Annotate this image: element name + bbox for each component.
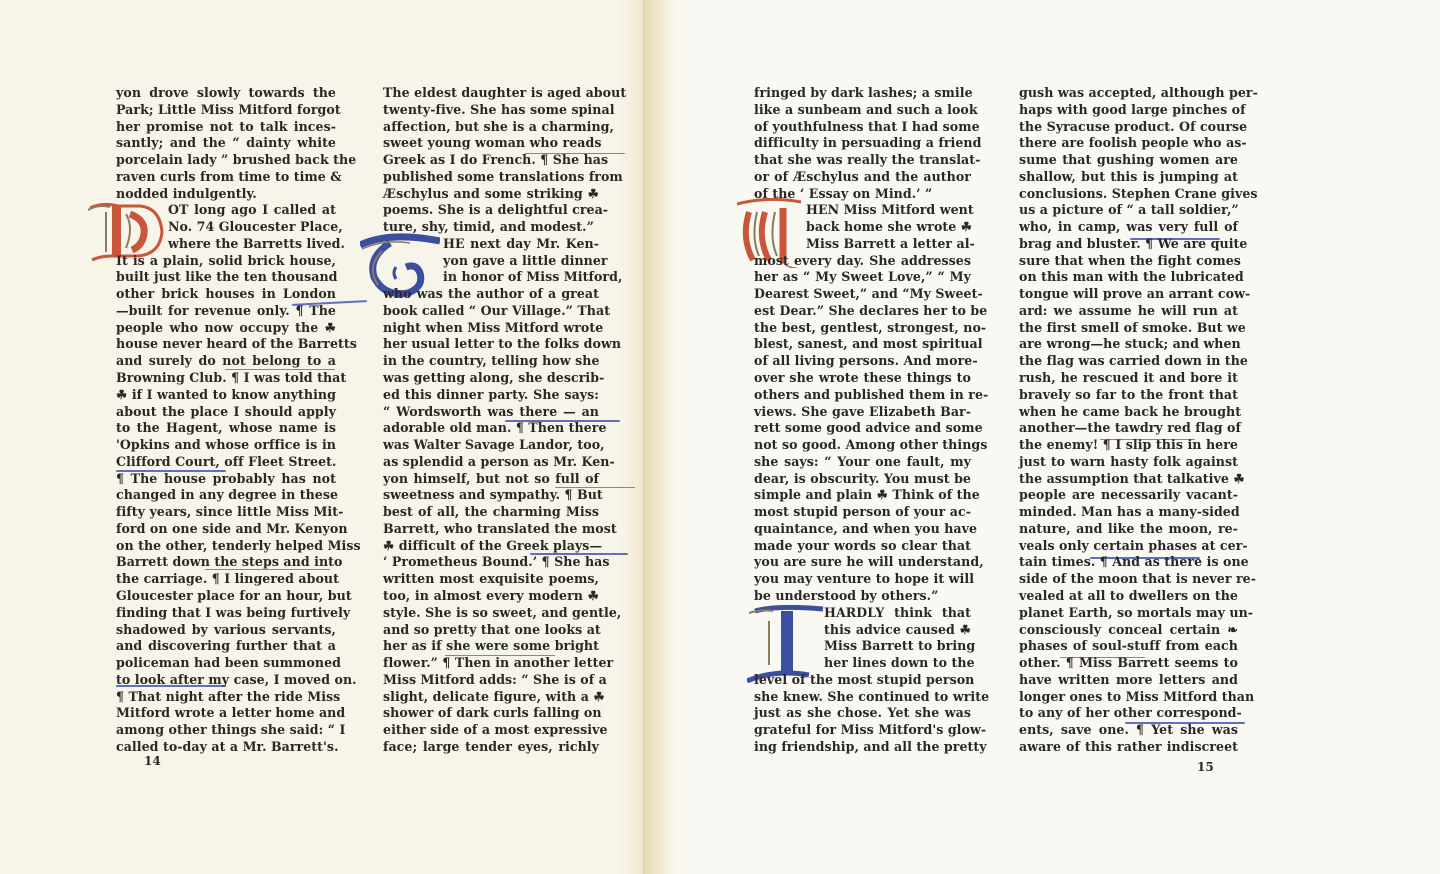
- page-number-right: 15: [1197, 760, 1214, 774]
- text-line: in honor of Miss Mitford,: [383, 269, 599, 286]
- text-line: and surely do not belong to a: [116, 353, 336, 370]
- text-line: rett some good advice and some: [754, 420, 971, 437]
- text-line: when he came back he brought: [1019, 404, 1238, 421]
- text-line: nature, and like the moon, re-: [1019, 521, 1238, 538]
- text-line: sweet young woman who reads: [383, 135, 599, 152]
- text-line: Clifford Court, off Fleet Street.: [116, 454, 336, 471]
- text-line: finding that I was being furtively: [116, 605, 336, 622]
- text-line: Park; Little Miss Mitford forgot: [116, 102, 336, 119]
- text-line: Greek as I do French. ¶ She has: [383, 152, 599, 169]
- text-line: other brick houses in London: [116, 286, 336, 303]
- text-line: slight, delicate figure, with a ☘: [383, 689, 599, 706]
- text-line: her lines down to the: [754, 655, 971, 672]
- text-line: policeman had been summoned: [116, 655, 336, 672]
- text-line: Barrett, who translated the most: [383, 521, 599, 538]
- text-line: the first smell of smoke. But we: [1019, 320, 1238, 337]
- text-line: ford on one side and Mr. Kenyon: [116, 521, 336, 538]
- text-line: who, in camp, was very full of: [1019, 219, 1238, 236]
- text-line: ☘ difficult of the Greek plays—: [383, 538, 599, 555]
- text-line: views. She gave Elizabeth Bar-: [754, 404, 971, 421]
- text-line: HARDLY think that: [754, 605, 971, 622]
- text-line: the Syracuse product. Of course: [1019, 119, 1238, 136]
- gutter-fade: [664, 0, 678, 874]
- text-line: was getting along, she describ-: [383, 370, 599, 387]
- text-line: Dearest Sweet,” and “My Sweet-: [754, 286, 971, 303]
- text-line: us a picture of “ a tall soldier,”: [1019, 202, 1238, 219]
- text-line: No. 74 Gloucester Place,: [116, 219, 336, 236]
- text-line: bravely so far to the front that: [1019, 387, 1238, 404]
- text-line: santly; and the “ dainty white: [116, 135, 336, 152]
- text-line: “ Wordsworth was there — an: [383, 404, 599, 421]
- text-line: yon himself, but not so full of: [383, 471, 599, 488]
- text-line: to look after my case, I moved on.: [116, 672, 336, 689]
- text-line: gush was accepted, although per-: [1019, 85, 1238, 102]
- text-line: est Dear.” She declares her to be: [754, 303, 971, 320]
- text-column-1: yon drove slowly towards the Park; Littl…: [116, 85, 336, 756]
- gutter-shadow: [620, 0, 644, 874]
- text-line: book called “ Our Village.” That: [383, 303, 599, 320]
- text-line: porcelain lady ” brushed back the: [116, 152, 336, 169]
- text-line: written most exquisite poems,: [383, 571, 599, 588]
- text-line: veals only certain phases at cer-: [1019, 538, 1238, 555]
- text-line: on the other, tenderly helped Miss: [116, 538, 336, 555]
- text-line: the carriage. ¶ I lingered about: [116, 571, 336, 588]
- text-line: raven curls from time to time &: [116, 169, 336, 186]
- text-line: there are foolish people who as-: [1019, 135, 1238, 152]
- text-line: published some translations from: [383, 169, 599, 186]
- text-line: back home she wrote ☘: [754, 219, 971, 236]
- text-line: this advice caused ☘: [754, 622, 971, 639]
- text-line: Browning Club. ¶ I was told that: [116, 370, 336, 387]
- text-line: Mitford wrote a letter home and: [116, 705, 336, 722]
- text-line: fringed by dark lashes; a smile: [754, 85, 971, 102]
- text-line: she knew. She continued to write: [754, 689, 971, 706]
- text-line: shadowed by various servants,: [116, 622, 336, 639]
- text-line: about the place I should apply: [116, 404, 336, 421]
- text-line: ¶ The house probably has not: [116, 471, 336, 488]
- text-line: made your words so clear that: [754, 538, 971, 555]
- text-line: ☘ if I wanted to know anything: [116, 387, 336, 404]
- text-line: ‘ Prometheus Bound.’ ¶ She has: [383, 554, 599, 571]
- text-line: and discovering further that a: [116, 638, 336, 655]
- text-line: simple and plain ☘ Think of the: [754, 487, 971, 504]
- text-line: face; large tender eyes, richly: [383, 739, 599, 756]
- text-line: consciously conceal certain ❧: [1019, 622, 1238, 639]
- page-number-left: 14: [144, 754, 161, 768]
- text-line: Miss Barrett to bring: [754, 638, 971, 655]
- text-line: level of the most stupid person: [754, 672, 971, 689]
- text-line: people are necessarily vacant-: [1019, 487, 1238, 504]
- text-line: over she wrote these things to: [754, 370, 971, 387]
- text-line: the best, gentlest, strongest, no-: [754, 320, 971, 337]
- text-line: HE next day Mr. Ken-: [383, 236, 599, 253]
- text-line: ¶ That night after the ride Miss: [116, 689, 336, 706]
- text-line: her as if she were some bright: [383, 638, 599, 655]
- text-column-4: gush was accepted, although per- haps wi…: [1019, 85, 1238, 756]
- text-line: just as she chose. Yet she was: [754, 705, 971, 722]
- text-line: Miss Barrett a letter al-: [754, 236, 971, 253]
- text-line: tain times. ¶ And as there is one: [1019, 554, 1238, 571]
- text-line: like a sunbeam and such a look: [754, 102, 971, 119]
- text-line: twenty-five. She has some spinal: [383, 102, 599, 119]
- text-line: brag and bluster. ¶ We are quite: [1019, 236, 1238, 253]
- text-line: in the country, telling how she: [383, 353, 599, 370]
- text-line: ing friendship, and all the pretty: [754, 739, 971, 756]
- text-line: are wrong—he stuck; and when: [1019, 336, 1238, 353]
- text-line: be understood by others.”: [754, 588, 971, 605]
- text-line: shallow, but this is jumping at: [1019, 169, 1238, 186]
- text-line: of youthfulness that I had some: [754, 119, 971, 136]
- text-line: ture, shy, timid, and modest.”: [383, 219, 599, 236]
- text-line: night when Miss Mitford wrote: [383, 320, 599, 337]
- text-line: her as “ My Sweet Love,” “ My: [754, 269, 971, 286]
- text-line: built just like the ten thousand: [116, 269, 336, 286]
- text-line: Æschylus and some striking ☘: [383, 186, 599, 203]
- text-line: phases of soul-stuff from each: [1019, 638, 1238, 655]
- text-line: you are sure he will understand,: [754, 554, 971, 571]
- text-line: Miss Mitford adds: “ She is of a: [383, 672, 599, 689]
- text-line: It is a plain, solid brick house,: [116, 253, 336, 270]
- text-line: sume that gushing women are: [1019, 152, 1238, 169]
- text-line: ents, save one. ¶ Yet she was: [1019, 722, 1238, 739]
- text-line: she says: “ Your one fault, my: [754, 454, 971, 471]
- text-line: another—the tawdry red flag of: [1019, 420, 1238, 437]
- text-line: just to warn hasty folk against: [1019, 454, 1238, 471]
- text-line: rush, he rescued it and bore it: [1019, 370, 1238, 387]
- text-line: most every day. She addresses: [754, 253, 971, 270]
- text-line: ard: we assume he will run at: [1019, 303, 1238, 320]
- text-line: house never heard of the Barretts: [116, 336, 336, 353]
- text-line: people who now occupy the ☘: [116, 320, 336, 337]
- text-line: affection, but she is a charming,: [383, 119, 599, 136]
- book-gutter: [643, 0, 664, 874]
- text-line: poems. She is a delightful crea-: [383, 202, 599, 219]
- text-line: too, in almost every modern ☘: [383, 588, 599, 605]
- text-line: of the ‘ Essay on Mind.’ ”: [754, 186, 971, 203]
- text-line: haps with good large pinches of: [1019, 102, 1238, 119]
- text-line: best of all, the charming Miss: [383, 504, 599, 521]
- text-line: longer ones to Miss Mitford than: [1019, 689, 1238, 706]
- text-line: adorable old man. ¶ Then there: [383, 420, 599, 437]
- text-line: to any of her other correspond-: [1019, 705, 1238, 722]
- text-line: 'Opkins and whose orffice is in: [116, 437, 336, 454]
- text-line: as splendid a person as Mr. Ken-: [383, 454, 599, 471]
- text-column-2: The eldest daughter is aged about twenty…: [383, 85, 599, 756]
- text-line: the enemy! ¶ I slip this in here: [1019, 437, 1238, 454]
- text-line: Gloucester place for an hour, but: [116, 588, 336, 605]
- text-line: tongue will prove an arrant cow-: [1019, 286, 1238, 303]
- text-line: OT long ago I called at: [116, 202, 336, 219]
- text-line: others and published them in re-: [754, 387, 971, 404]
- text-line: have written more letters and: [1019, 672, 1238, 689]
- text-line: to the Hagent, whose name is: [116, 420, 336, 437]
- text-line: aware of this rather indiscreet: [1019, 739, 1238, 756]
- text-line: on this man with the lubricated: [1019, 269, 1238, 286]
- text-line: not so good. Among other things: [754, 437, 971, 454]
- text-line: style. She is so sweet, and gentle,: [383, 605, 599, 622]
- text-line: planet Earth, so mortals may un-: [1019, 605, 1238, 622]
- text-line: of all living persons. And more-: [754, 353, 971, 370]
- text-line: where the Barretts lived.: [116, 236, 336, 253]
- text-line: among other things she said: “ I: [116, 722, 336, 739]
- text-line: you may venture to hope it will: [754, 571, 971, 588]
- text-line: blest, sanest, and most spiritual: [754, 336, 971, 353]
- text-line: fifty years, since little Miss Mit-: [116, 504, 336, 521]
- text-line: flower.” ¶ Then in another letter: [383, 655, 599, 672]
- text-line: difficulty in persuading a friend: [754, 135, 971, 152]
- text-line: side of the moon that is never re-: [1019, 571, 1238, 588]
- text-line: the flag was carried down in the: [1019, 353, 1238, 370]
- text-line: conclusions. Stephen Crane gives: [1019, 186, 1238, 203]
- text-line: quaintance, and when you have: [754, 521, 971, 538]
- text-line: was Walter Savage Landor, too,: [383, 437, 599, 454]
- text-line: that she was really the translat-: [754, 152, 971, 169]
- text-line: or of Æschylus and the author: [754, 169, 971, 186]
- text-line: —built for revenue only. ¶ The: [116, 303, 336, 320]
- text-line: changed in any degree in these: [116, 487, 336, 504]
- text-line: either side of a most expressive: [383, 722, 599, 739]
- text-line: ed this dinner party. She says:: [383, 387, 599, 404]
- text-line: other. ¶ Miss Barrett seems to: [1019, 655, 1238, 672]
- text-line: sure that when the fight comes: [1019, 253, 1238, 270]
- text-line: the assumption that talkative ☘: [1019, 471, 1238, 488]
- text-line: her usual letter to the folks down: [383, 336, 599, 353]
- text-line: and so pretty that one looks at: [383, 622, 599, 639]
- text-line: vealed at all to dwellers on the: [1019, 588, 1238, 605]
- text-line: most stupid person of your ac-: [754, 504, 971, 521]
- text-line: dear, is obscurity. You must be: [754, 471, 971, 488]
- text-line: yon gave a little dinner: [383, 253, 599, 270]
- text-line: The eldest daughter is aged about: [383, 85, 599, 102]
- text-line: her promise not to talk inces-: [116, 119, 336, 136]
- text-line: who was the author of a great: [383, 286, 599, 303]
- text-line: shower of dark curls falling on: [383, 705, 599, 722]
- text-line: minded. Man has a many-sided: [1019, 504, 1238, 521]
- text-line: HEN Miss Mitford went: [754, 202, 971, 219]
- text-line: grateful for Miss Mitford's glow-: [754, 722, 971, 739]
- text-line: Barrett down the steps and into: [116, 554, 336, 571]
- text-line: yon drove slowly towards the: [116, 85, 336, 102]
- text-line: sweetness and sympathy. ¶ But: [383, 487, 599, 504]
- text-column-3: fringed by dark lashes; a smile like a s…: [754, 85, 971, 756]
- text-line: nodded indulgently.: [116, 186, 336, 203]
